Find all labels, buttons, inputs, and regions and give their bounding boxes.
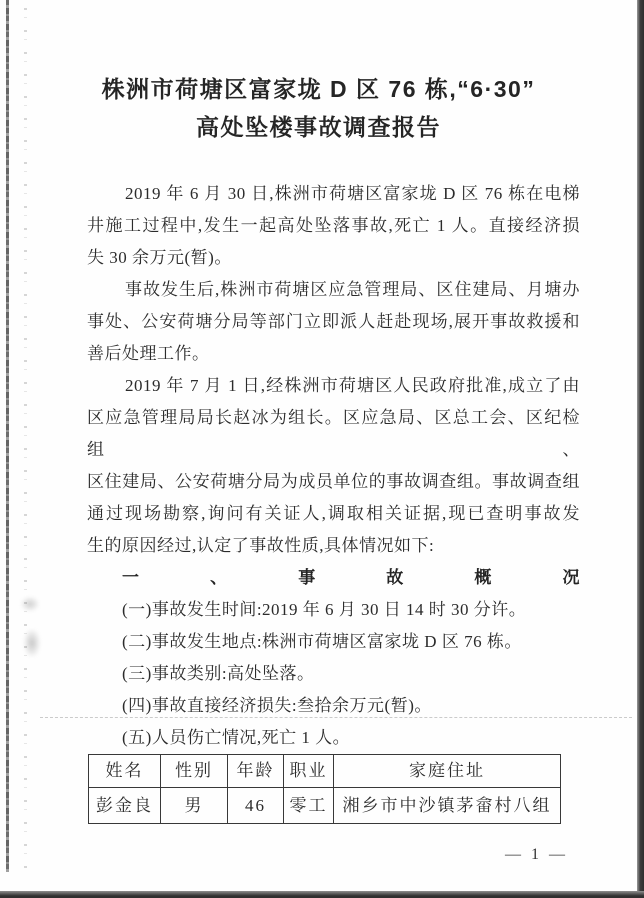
report-title-line1: 株洲市荷塘区富家垅 D 区 76 栋,“6·30” xyxy=(0,70,637,108)
report-title-line2: 高处坠楼事故调查报告 xyxy=(0,108,637,146)
scan-smudge xyxy=(20,596,40,612)
report-body: 2019 年 6 月 30 日,株洲市荷塘区富家垅 D 区 76 栋在电梯 井施… xyxy=(87,178,580,871)
col-header-gender: 性别 xyxy=(161,755,228,788)
section-heading-accident-overview: 一、事故概况 xyxy=(87,562,580,594)
cell-name: 彭金良 xyxy=(89,788,161,824)
body-line: 区应急管理局局长赵冰为组长。区应急局、区总工会、区纪检组、 xyxy=(87,402,580,466)
paragraph-3: 2019 年 7 月 1 日,经株洲市荷塘区人民政府批准,成立了由 区应急管理局… xyxy=(87,370,580,562)
body-line: 事故发生后,株洲市荷塘区应急管理局、区住建局、月塘办 xyxy=(87,274,580,306)
col-header-name: 姓名 xyxy=(89,755,161,788)
cell-occupation: 零工 xyxy=(284,788,334,824)
report-title: 株洲市荷塘区富家垅 D 区 76 栋,“6·30” 高处坠楼事故调查报告 xyxy=(0,70,637,146)
casualty-table-header-row: 姓名 性别 年龄 职业 家庭住址 xyxy=(89,755,561,788)
list-item-accident-time: (一)事故发生时间:2019 年 6 月 30 日 14 时 30 分许。 xyxy=(87,594,580,626)
col-header-occupation: 职业 xyxy=(284,755,334,788)
scan-smudge xyxy=(23,628,41,658)
body-line: 事处、公安荷塘分局等部门立即派人赶赴现场,展开事故救援和 xyxy=(87,306,580,338)
body-line: 2019 年 7 月 1 日,经株洲市荷塘区人民政府批准,成立了由 xyxy=(87,370,580,402)
list-item-economic-loss: (四)事故直接经济损失:叁拾余万元(暂)。 xyxy=(87,690,580,722)
paragraph-1: 2019 年 6 月 30 日,株洲市荷塘区富家垅 D 区 76 栋在电梯 井施… xyxy=(87,178,580,274)
body-line: 2019 年 6 月 30 日,株洲市荷塘区富家垅 D 区 76 栋在电梯 xyxy=(87,178,580,210)
paragraph-2: 事故发生后,株洲市荷塘区应急管理局、区住建局、月塘办 事处、公安荷塘分局等部门立… xyxy=(87,274,580,370)
casualty-table: 姓名 性别 年龄 职业 家庭住址 彭金良 男 46 零工 湘乡市中沙镇茅畲村八组 xyxy=(88,754,561,824)
scanned-report-page: 株洲市荷塘区富家垅 D 区 76 栋,“6·30” 高处坠楼事故调查报告 201… xyxy=(0,0,644,898)
body-line: 失 30 余万元(暂)。 xyxy=(87,242,580,274)
body-line: 通过现场勘察,询问有关证人,调取相关证据,现已查明事故发 xyxy=(87,498,580,530)
cell-gender: 男 xyxy=(161,788,228,824)
body-line: 生的原因经过,认定了事故性质,具体情况如下: xyxy=(87,530,580,562)
casualty-table-row: 彭金良 男 46 零工 湘乡市中沙镇茅畲村八组 xyxy=(89,788,561,824)
list-item-accident-category: (三)事故类别:高处坠落。 xyxy=(87,658,580,690)
body-line: 善后处理工作。 xyxy=(87,338,580,370)
list-item-accident-location: (二)事故发生地点:株洲市荷塘区富家垅 D 区 76 栋。 xyxy=(87,626,580,658)
body-line: 井施工过程中,发生一起高处坠落事故,死亡 1 人。直接经济损 xyxy=(87,210,580,242)
col-header-age: 年龄 xyxy=(228,755,284,788)
body-line: 区住建局、公安荷塘分局为成员单位的事故调查组。事故调查组 xyxy=(87,466,580,498)
cell-age: 46 xyxy=(228,788,284,824)
page-number: — 1 — xyxy=(87,839,580,871)
scan-bottom-edge-shadow xyxy=(0,891,644,898)
col-header-home-address: 家庭住址 xyxy=(334,755,561,788)
list-item-casualties: (五)人员伤亡情况,死亡 1 人。 xyxy=(87,722,580,754)
cell-home-address: 湘乡市中沙镇茅畲村八组 xyxy=(334,788,561,824)
scan-right-edge-shadow xyxy=(637,0,644,898)
